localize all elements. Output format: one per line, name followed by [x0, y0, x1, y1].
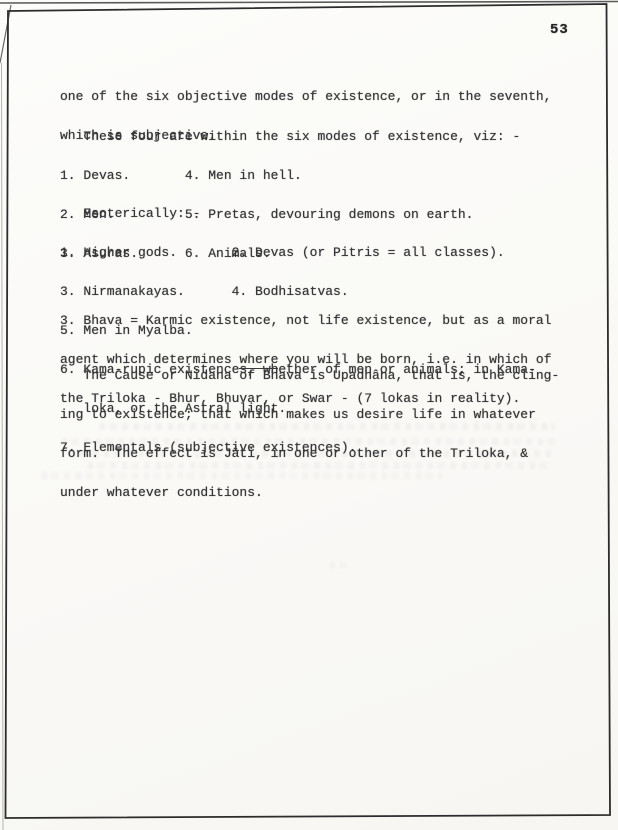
text-line: under whatever conditions.: [60, 486, 559, 499]
bleed-through-smudge: [42, 472, 442, 479]
text-line: ing to existence; that which makes us de…: [60, 408, 559, 421]
text-line: 3. Bhava = Karmic existence, not life ex…: [60, 314, 552, 327]
bleed-through-smudge: [70, 450, 555, 457]
bleed-through-smudge: [88, 462, 548, 469]
paragraph-cause: The Cause or Nidana of Bhava is Upadhâna…: [60, 343, 559, 525]
typewritten-text: one of the six objective modes of existe…: [60, 0, 580, 169]
bleed-through-smudge: [62, 438, 557, 445]
text-line: The Cause or Nidana of Bhava is Upadhâna…: [60, 369, 559, 382]
scanned-page: 53 one of the six objective modes of exi…: [0, 0, 618, 830]
list-intro-line: Esoterically: -: [60, 207, 536, 220]
bleed-through-smudge: [100, 423, 555, 430]
sheet-left-edge: [0, 5, 11, 63]
bleed-through-smudge: [330, 562, 350, 569]
list-row: 1. Higher gods. 2. Devas (or Pitris = al…: [60, 246, 536, 259]
list-intro-line: These four are within the six modes of e…: [60, 130, 520, 143]
sheet-left-edge-lower: [2, 63, 4, 830]
text-line: one of the six objective modes of existe…: [60, 90, 551, 103]
